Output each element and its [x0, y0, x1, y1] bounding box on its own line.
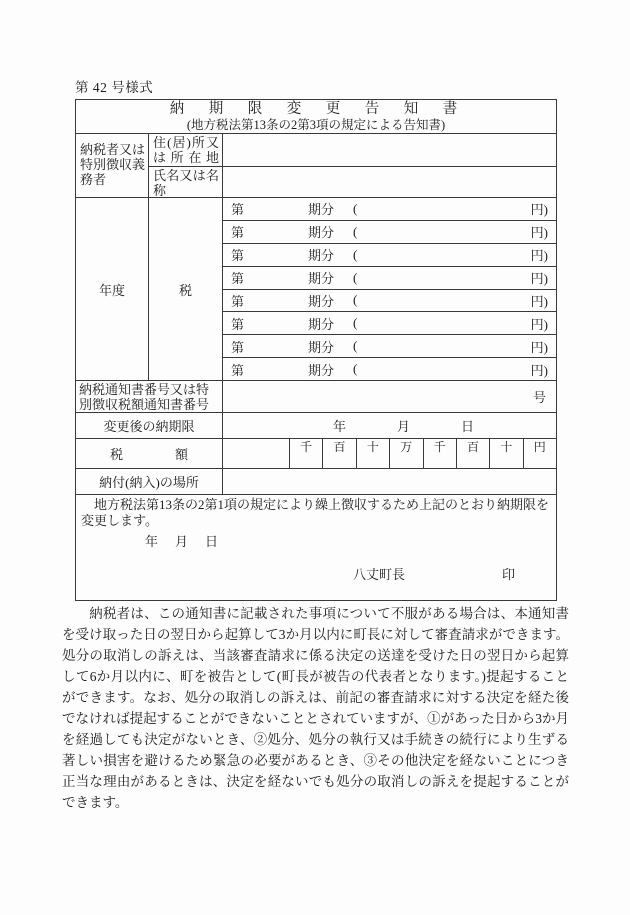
- payer-group-label: 納税者又は特別徴収義務者: [76, 134, 149, 197]
- form-number: 第 42 号様式: [75, 76, 153, 96]
- installment-no-prefix: 第: [231, 360, 244, 379]
- installment-no-prefix: 第: [231, 291, 244, 310]
- installment-rows: 第 期分 ( 円) 第 期分 ( 円) 第 期分 ( 円) 第 期分 ( 円) …: [223, 198, 556, 380]
- installment-open-paren: (: [353, 270, 357, 286]
- installment-period-label: 期分: [308, 360, 334, 379]
- notice-form-table: 納 期 限 変 更 告 知 書 (地方税法第13条の2第3項の規定による告知書)…: [75, 99, 557, 601]
- deadline-day-label: 日: [461, 416, 474, 435]
- amount-digit-column: 百: [456, 439, 489, 468]
- declaration-year-label: 年: [145, 531, 158, 550]
- installment-no-prefix: 第: [231, 199, 244, 218]
- tax-amount-label: 税 額: [76, 439, 223, 468]
- payer-address-field: [223, 134, 556, 166]
- installment-no-prefix: 第: [231, 268, 244, 287]
- amount-digit-label: 百: [334, 440, 346, 454]
- form-title: 納 期 限 変 更 告 知 書: [76, 101, 556, 118]
- installment-period-label: 期分: [308, 199, 334, 218]
- document-page: 第 42 号様式 納 期 限 変 更 告 知 書 (地方税法第13条の2第3項の…: [0, 0, 630, 915]
- amount-digit-column: 円: [523, 439, 556, 468]
- installment-period-label: 期分: [308, 337, 334, 356]
- installment-row: 第 期分 ( 円): [223, 289, 556, 312]
- installment-period-label: 期分: [308, 291, 334, 310]
- payer-section: 納税者又は特別徴収義務者 住(居)所又は所在地 氏名又は名称: [76, 133, 556, 197]
- installment-open-paren: (: [353, 201, 357, 217]
- installment-yen-close: 円): [531, 314, 548, 333]
- deadline-year-label: 年: [333, 416, 346, 435]
- payment-place-label: 納付(納入)の場所: [76, 469, 223, 494]
- installment-open-paren: (: [353, 338, 357, 354]
- installment-no-prefix: 第: [231, 314, 244, 333]
- installment-yen-close: 円): [531, 337, 548, 356]
- declaration-body: 地方税法第13条の2第1項の規定により繰上徴収するため上記のとおり納期限を変更し…: [81, 497, 551, 529]
- seal-mark: 印: [502, 564, 515, 583]
- amount-digit-column: 百: [322, 439, 355, 468]
- payer-address-label: 住(居)所又は所在地: [149, 134, 223, 166]
- tax-amount-row: 税 額 千 百 十 万 千 百 十 円: [76, 438, 556, 468]
- installment-row: 第 期分 ( 円): [223, 266, 556, 289]
- installment-row: 第 期分 ( 円): [223, 243, 556, 266]
- amount-digit-label: 十: [500, 440, 512, 454]
- tax-amount-field: 千 百 十 万 千 百 十 円: [223, 439, 556, 468]
- installment-row: 第 期分 ( 円): [223, 311, 556, 334]
- installment-no-prefix: 第: [231, 222, 244, 241]
- payment-place-field: [223, 469, 556, 494]
- amount-digit-label: 千: [300, 440, 312, 454]
- amount-digit-column: 万: [389, 439, 422, 468]
- declaration-date-line: 年 月 日: [81, 531, 551, 550]
- installment-yen-close: 円): [531, 222, 548, 241]
- form-subtitle: (地方税法第13条の2第3項の規定による告知書): [76, 118, 556, 132]
- new-deadline-row: 変更後の納期限 年 月 日: [76, 412, 556, 438]
- amount-digit-label: 千: [434, 440, 446, 454]
- installment-row: 第 期分 ( 円): [223, 220, 556, 243]
- notice-number-label: 納税通知書番号又は特別徴収税額通知書番号: [76, 381, 223, 412]
- installment-open-paren: (: [353, 247, 357, 263]
- amount-digit-columns: 千 百 十 万 千 百 十 円: [289, 439, 556, 468]
- amount-digit-column: 十: [356, 439, 389, 468]
- notice-number-row: 納税通知書番号又は特別徴収税額通知書番号 号: [76, 380, 556, 412]
- installment-no-prefix: 第: [231, 245, 244, 264]
- year-tax-section: 年度 税 第 期分 ( 円) 第 期分 ( 円) 第 期分 ( 円) 第 期分 …: [76, 197, 556, 380]
- installment-yen-close: 円): [531, 245, 548, 264]
- payment-place-row: 納付(納入)の場所: [76, 468, 556, 494]
- amount-digit-label: 万: [400, 440, 412, 454]
- amount-digit-label: 十: [367, 440, 379, 454]
- amount-digit-column: 十: [489, 439, 522, 468]
- installment-row: 第 期分 ( 円): [223, 198, 556, 220]
- tax-amount-blank-cell: [223, 439, 289, 468]
- installment-yen-close: 円): [531, 360, 548, 379]
- issuer-title: 八丈町長: [353, 564, 405, 583]
- fiscal-year-label: 年度: [76, 198, 149, 380]
- declaration-cell: 地方税法第13条の2第1項の規定により繰上徴収するため上記のとおり納期限を変更し…: [76, 494, 556, 600]
- new-deadline-label: 変更後の納期限: [76, 413, 223, 438]
- amount-digit-column: 千: [423, 439, 456, 468]
- installment-no-prefix: 第: [231, 337, 244, 356]
- appeal-rights-notes: 納税者は、この通知書に記載された事項について不服がある場合は、本通知書を受け取っ…: [62, 603, 569, 813]
- installment-period-label: 期分: [308, 222, 334, 241]
- notice-number-field: 号: [223, 381, 556, 412]
- installment-yen-close: 円): [531, 199, 548, 218]
- tax-type-label: 税: [149, 198, 223, 380]
- payer-name-field: [223, 166, 556, 197]
- new-deadline-field: 年 月 日: [223, 413, 556, 438]
- signature-line: 八丈町長 印: [81, 564, 551, 583]
- installment-period-label: 期分: [308, 245, 334, 264]
- installment-open-paren: (: [353, 361, 357, 377]
- installment-open-paren: (: [353, 292, 357, 308]
- amount-digit-label: 百: [467, 440, 479, 454]
- installment-period-label: 期分: [308, 268, 334, 287]
- notice-number-unit: 号: [533, 387, 546, 406]
- payer-name-label: 氏名又は名称: [149, 166, 223, 197]
- declaration-day-label: 日: [205, 531, 218, 550]
- form-header: 納 期 限 変 更 告 知 書 (地方税法第13条の2第3項の規定による告知書): [76, 100, 556, 133]
- installment-row: 第 期分 ( 円): [223, 334, 556, 357]
- declaration-month-label: 月: [175, 531, 188, 550]
- amount-digit-label: 円: [534, 440, 546, 454]
- installment-open-paren: (: [353, 315, 357, 331]
- installment-yen-close: 円): [531, 268, 548, 287]
- deadline-month-label: 月: [397, 416, 410, 435]
- installment-yen-close: 円): [531, 291, 548, 310]
- installment-period-label: 期分: [308, 314, 334, 333]
- installment-open-paren: (: [353, 224, 357, 240]
- amount-digit-column: 千: [289, 439, 322, 468]
- installment-row: 第 期分 ( 円): [223, 357, 556, 380]
